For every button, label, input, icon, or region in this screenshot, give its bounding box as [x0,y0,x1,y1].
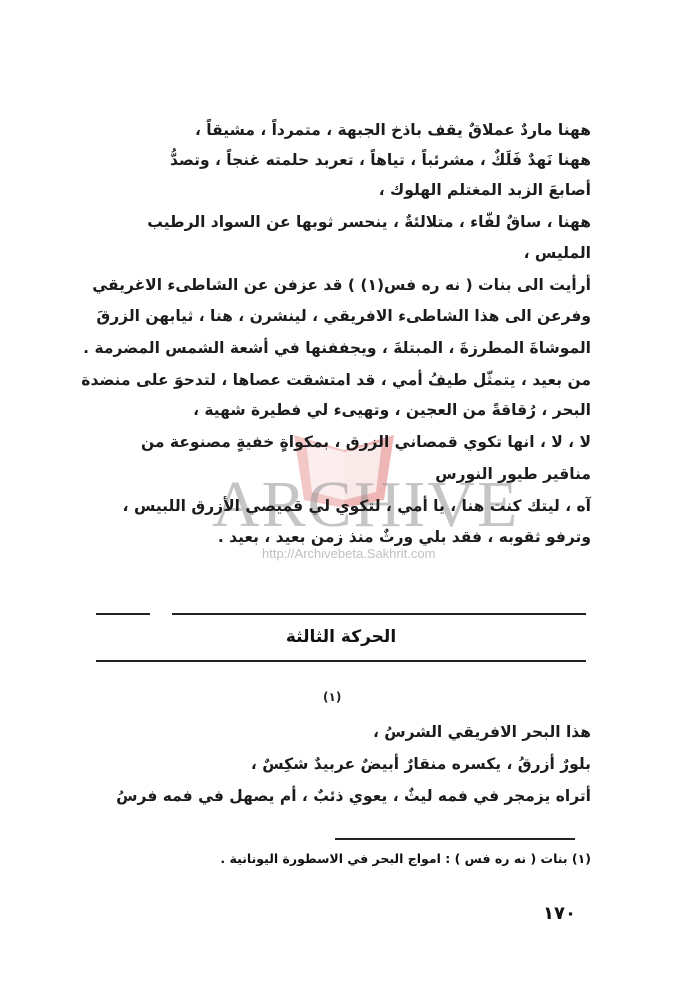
body-line-13: آه ، ليتك كنت هنا ، يا أمي ، لتكوي لي قم… [123,496,591,516]
body-line-6: أرأيت الى بنات ( نه ره فس(١) ) قد عزفن ع… [92,275,591,295]
body-line-8: الموشاةَ المطرزةَ ، المبتلةَ ، ويجففنها … [83,338,591,358]
section-heading: الحركة الثالثة [96,627,586,647]
page-number: ١٧٠ [543,903,576,924]
stanza-line-3: أتراه يزمجر في فمه ليثٌ ، يعوي ذئبٌ ، أم… [116,786,591,806]
heading-top-rule-long [172,613,586,615]
footnote: (١) بنات ( نه ره فس ) : امواج البحر في ا… [220,851,591,866]
body-line-5: المليس ، [524,243,591,263]
body-line-10: البحر ، رُقاقةً من العجين ، وتهيىء لي فط… [193,400,591,420]
body-line-2: ههنا نَهدٌ فَلَكٌ ، مشرئباً ، تياهاً ، ت… [170,150,591,170]
body-line-12: مناقير طيور النورس [435,464,591,484]
body-line-4: ههنا ، ساقٌ لفّاء ، متلالئةٌ ، ينحسر ثوب… [147,212,591,232]
body-line-3: أصابعَ الزبد المغتلم الهلوك ، [379,180,591,200]
heading-bottom-rule [96,660,586,662]
watermark-url: http://Archivebeta.Sakhrit.com [262,546,435,561]
book-page: ARCHIVE http://Archivebeta.Sakhrit.com ه… [0,0,684,982]
body-line-9: من بعيد ، يتمثّل طيفُ أمي ، قد امتشقت عص… [81,370,591,390]
footnote-rule [335,838,575,840]
body-line-7: وفرعن الى هذا الشاطىء الافريقي ، لينشرن … [96,306,591,326]
stanza-line-1: هذا البحر الافريقي الشرسُ ، [373,722,591,742]
body-line-11: لا ، لا ، انها تكوي قمصاني الزرق ، بمكوا… [141,432,591,452]
stanza-line-2: بلورٌ أزرقُ ، يكسره منقارٌ أبيضٌ عربيدٌ … [251,754,591,774]
heading-top-rule-short [96,613,150,615]
stanza-number: (١) [323,690,341,704]
body-line-14: وترفو ثقوبه ، فقد بلي ورثٌ منذ زمن بعيد … [218,527,591,547]
body-line-1: ههنا ماردٌ عملاقٌ يقف باذخ الجبهة ، متمر… [195,120,591,140]
